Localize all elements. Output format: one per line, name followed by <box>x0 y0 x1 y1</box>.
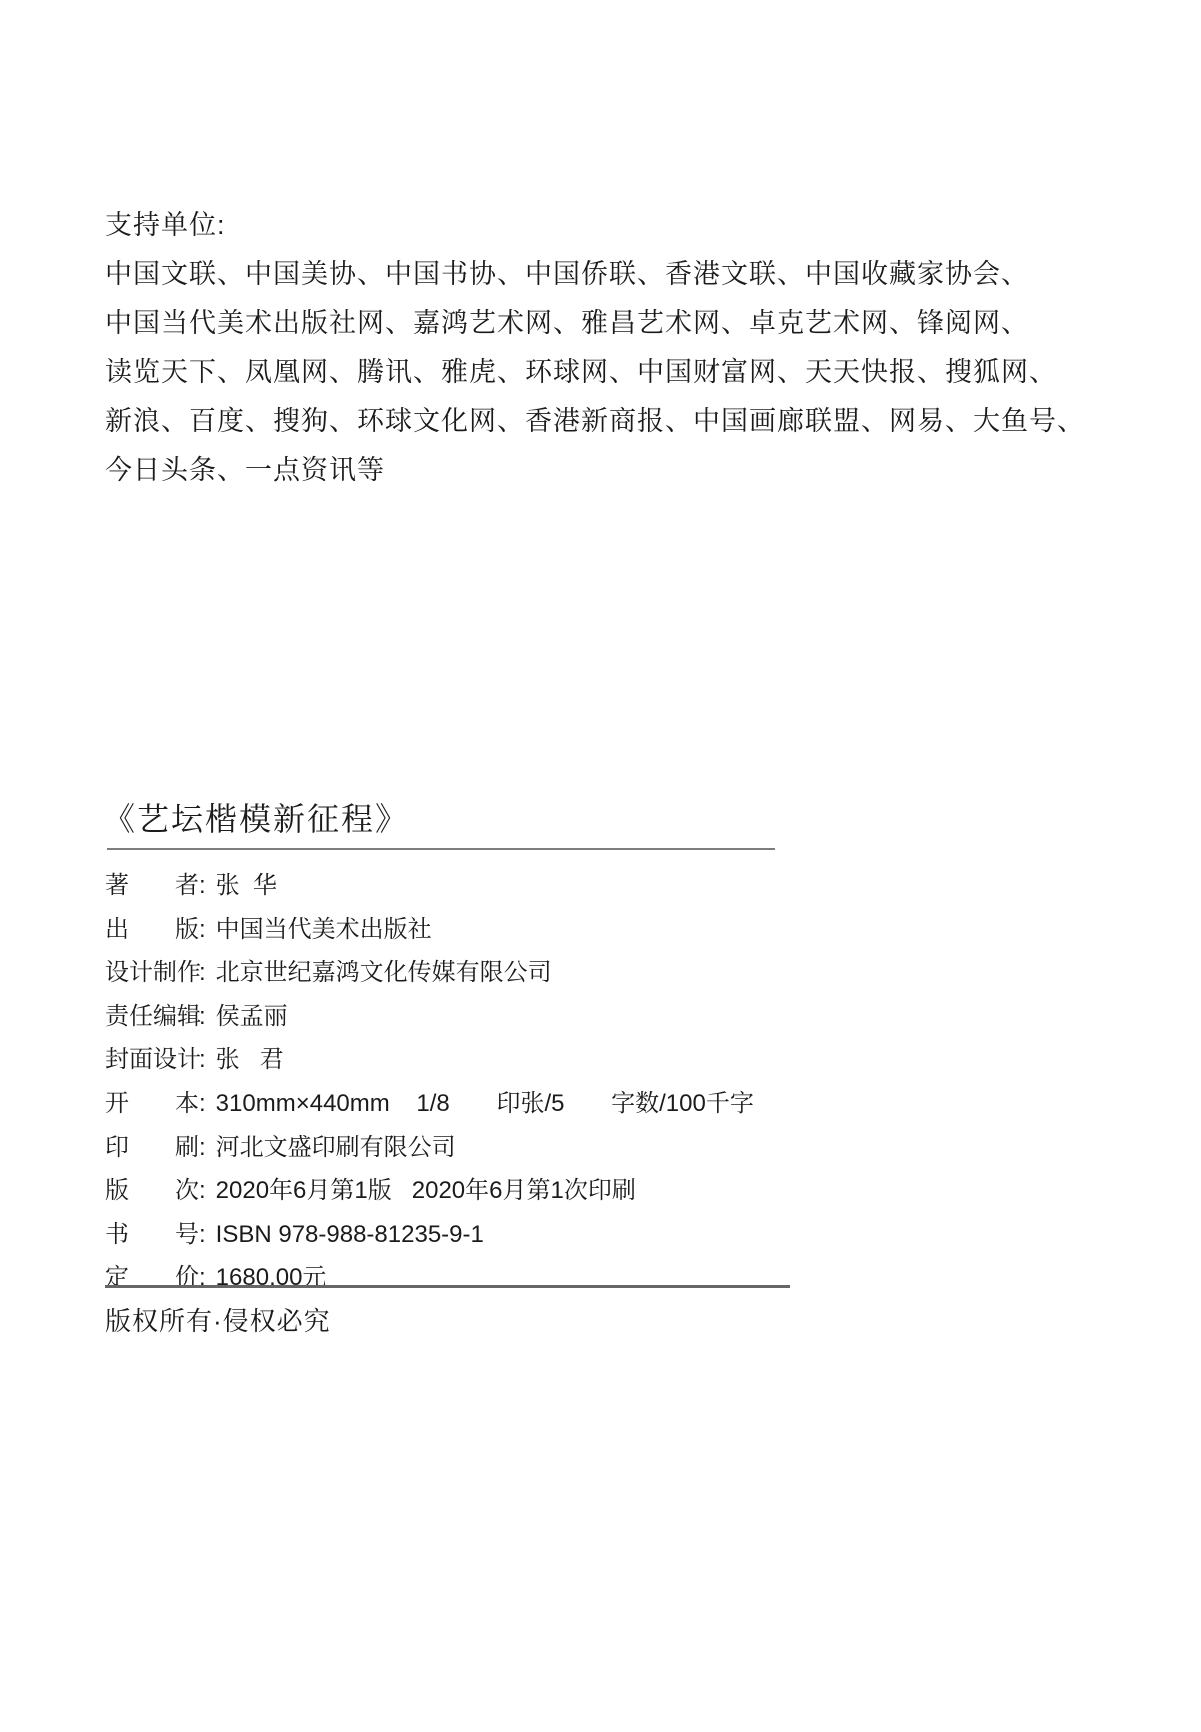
entry-separator: : <box>199 908 206 952</box>
entry-label: 责任编辑 <box>105 995 199 1039</box>
bottom-divider <box>105 1285 790 1288</box>
entry-separator: : <box>199 1169 206 1213</box>
supporters-heading: 支持单位: <box>105 201 1115 250</box>
entry-separator: : <box>199 951 206 995</box>
supporters-line: 今日头条、一点资讯等 <box>105 446 1115 495</box>
entry-separator: : <box>199 1213 206 1257</box>
entry-value: 张 华 <box>216 872 277 899</box>
colophon-entry-managing-editor: 责任编辑:侯孟丽 <box>105 995 1005 1039</box>
supporters-line: 中国文联、中国美协、中国书协、中国侨联、香港文联、中国收藏家协会、 <box>105 250 1115 299</box>
book-title: 《艺坛楷模新征程》 <box>103 794 409 840</box>
entry-value: 中国当代美术出版社 <box>216 916 432 943</box>
colophon-entry-isbn: 书号:ISBN 978-988-81235-9-1 <box>105 1213 1005 1257</box>
entry-label: 设计制作 <box>105 951 199 995</box>
entry-separator: : <box>199 1038 206 1082</box>
colophon-entry-edition: 版次:2020年6月第1版 2020年6月第1次印刷 <box>105 1169 1005 1213</box>
supporters-line: 新浪、百度、搜狗、环球文化网、香港新商报、中国画廊联盟、网易、大鱼号、 <box>105 397 1115 446</box>
entry-label: 封面设计 <box>105 1038 199 1082</box>
entry-separator: : <box>199 1126 206 1170</box>
colophon-entry-author: 著者:张 华 <box>105 864 1005 908</box>
colophon-page: 支持单位: 中国文联、中国美协、中国书协、中国侨联、香港文联、中国收藏家协会、 … <box>0 0 1201 1732</box>
entry-value: 河北文盛印刷有限公司 <box>216 1134 456 1161</box>
entry-label: 出版 <box>105 908 199 952</box>
colophon-entry-price: 定价:1680.00元 <box>105 1256 1005 1300</box>
entry-value: 310mm×440mm 1/8 印张/5 字数/100千字 <box>216 1090 754 1117</box>
entry-label: 版次 <box>105 1169 199 1213</box>
supporters-line: 读览天下、凤凰网、腾讯、雅虎、环球网、中国财富网、天天快报、搜狐网、 <box>105 348 1115 397</box>
entry-value: 张 君 <box>216 1046 284 1073</box>
entry-label: 定价 <box>105 1256 199 1300</box>
colophon-entry-publisher: 出版:中国当代美术出版社 <box>105 908 1005 952</box>
colophon-entry-format: 开本:310mm×440mm 1/8 印张/5 字数/100千字 <box>105 1082 1005 1126</box>
colophon-entry-cover-design: 封面设计:张 君 <box>105 1038 1005 1082</box>
colophon-entry-design-production: 设计制作:北京世纪嘉鸿文化传媒有限公司 <box>105 951 1005 995</box>
entry-value: 北京世纪嘉鸿文化传媒有限公司 <box>216 959 552 986</box>
entry-separator: : <box>199 1082 206 1126</box>
entry-value: ISBN 978-988-81235-9-1 <box>216 1221 484 1248</box>
supporters-line: 中国当代美术出版社网、嘉鸿艺术网、雅昌艺术网、卓克艺术网、锋阅网、 <box>105 299 1115 348</box>
entry-separator: : <box>199 864 206 908</box>
supporters-section: 支持单位: 中国文联、中国美协、中国书协、中国侨联、香港文联、中国收藏家协会、 … <box>105 201 1115 495</box>
entry-value: 2020年6月第1版 2020年6月第1次印刷 <box>216 1177 636 1204</box>
title-divider <box>107 848 775 850</box>
entry-label: 开本 <box>105 1082 199 1126</box>
entry-label: 书号 <box>105 1213 199 1257</box>
entry-value: 侯孟丽 <box>216 1003 288 1030</box>
copyright-notice: 版权所有·侵权必究 <box>105 1297 331 1346</box>
entry-separator: : <box>199 1256 206 1300</box>
entry-label: 著者 <box>105 864 199 908</box>
entry-separator: : <box>199 995 206 1039</box>
entry-label: 印刷 <box>105 1126 199 1170</box>
colophon-entries: 著者:张 华 出版:中国当代美术出版社 设计制作:北京世纪嘉鸿文化传媒有限公司 … <box>105 864 1005 1300</box>
colophon-entry-printer: 印刷:河北文盛印刷有限公司 <box>105 1126 1005 1170</box>
